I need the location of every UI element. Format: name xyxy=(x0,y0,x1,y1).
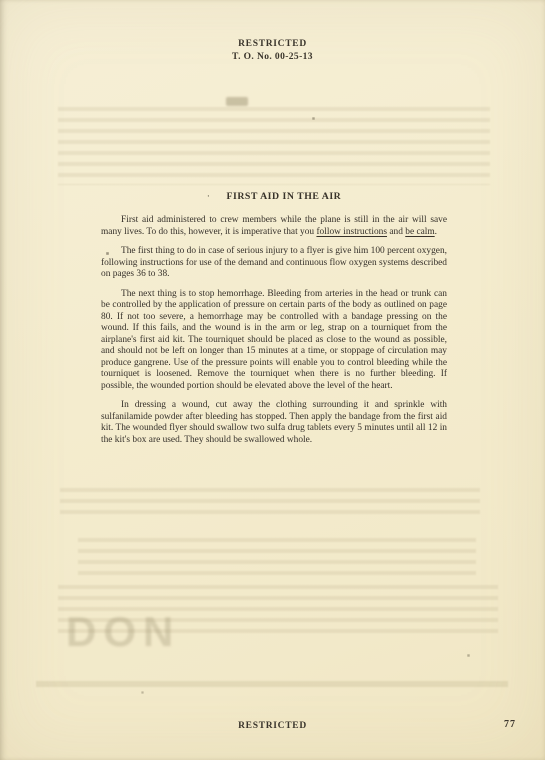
scanned-document-page: DON RESTRICTED T. O. No. 00-25-13 ·FIRST… xyxy=(0,0,545,760)
paragraph-dressing: In dressing a wound, cut away the clothi… xyxy=(101,400,447,446)
paragraph-first-aid: First aid administered to crew members w… xyxy=(101,215,447,238)
bleedthrough-band xyxy=(36,681,508,687)
paragraph-text: . xyxy=(435,227,437,237)
bleedthrough-text-block xyxy=(60,488,480,514)
paper-specks xyxy=(0,0,1,1)
footer-classification: RESTRICTED xyxy=(0,721,545,731)
header-order-number: T. O. No. 00-25-13 xyxy=(0,52,545,62)
title-bullet: · xyxy=(207,191,211,202)
underlined-text: follow instructions xyxy=(316,227,387,237)
title-text: FIRST AID IN THE AIR xyxy=(227,191,342,202)
underlined-text: be calm xyxy=(405,227,434,237)
bleedthrough-large-text: DON xyxy=(66,608,180,656)
bleedthrough-text-block xyxy=(58,585,498,633)
document-body: ·FIRST AID IN THE AIR First aid administ… xyxy=(101,191,447,454)
page-title: ·FIRST AID IN THE AIR xyxy=(101,191,447,202)
header-classification: RESTRICTED xyxy=(0,39,545,49)
page-number: 77 xyxy=(504,719,516,730)
paragraph-oxygen: The first thing to do in case of serious… xyxy=(101,246,447,281)
paragraph-text: and xyxy=(387,227,405,237)
bleedthrough-text-block xyxy=(78,538,476,575)
bleedthrough-text-block xyxy=(58,107,490,185)
paragraph-hemorrhage: The next thing is to stop hemorrhage. Bl… xyxy=(101,289,447,393)
ink-smudge xyxy=(226,97,248,106)
